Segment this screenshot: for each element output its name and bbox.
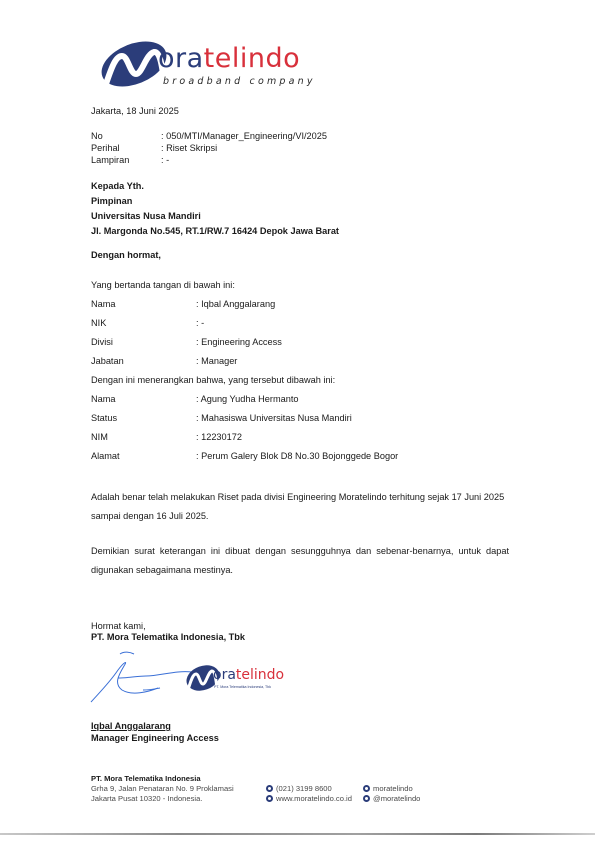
footer-instagram[interactable]: @moratelindo (363, 794, 420, 804)
recipient-salutation: Kepada Yth. (91, 181, 144, 192)
signer-title: Manager Engineering Access (91, 733, 219, 744)
recipient-address: Jl. Margonda No.545, RT.1/RW.7 16424 Dep… (91, 226, 339, 237)
footer-company: PT. Mora Telematika Indonesia (91, 774, 201, 784)
globe-icon (266, 795, 273, 802)
letter-date: Jakarta, 18 Juni 2025 (91, 106, 179, 117)
recipient-institution: Universitas Nusa Mandiri (91, 211, 201, 222)
footer-address-line-1: Grha 9, Jalan Penataran No. 9 Proklamasi (91, 784, 234, 794)
footer-address-line-2: Jakarta Pusat 10320 - Indonesia. (91, 794, 202, 804)
closing-regards: Hormat kami, (91, 621, 146, 632)
closing-company: PT. Mora Telematika Indonesia, Tbk (91, 632, 245, 643)
recipient-position: Pimpinan (91, 196, 132, 207)
subject-intro: Dengan ini menerangkan bahwa, yang terse… (91, 375, 335, 386)
scan-edge-divider (0, 833, 595, 835)
signer-name: Iqbal Anggalarang (91, 721, 171, 732)
stamp-subtitle: PT. Mora Telematika Indonesia, Tbk (214, 685, 271, 689)
instagram-icon (363, 795, 370, 802)
body-paragraph-1-line-1: Adalah benar telah melakukan Riset pada … (91, 492, 504, 503)
footer-facebook[interactable]: moratelindo (363, 784, 413, 794)
body-paragraph-2-line-1: Demikian surat keterangan ini dibuat den… (91, 546, 509, 557)
footer-phone: (021) 3199 8600 (266, 784, 332, 794)
company-stamp: oratelindo PT. Mora Telematika Indonesia… (183, 658, 303, 698)
body-paragraph-2-line-2: digunakan sebagaimana mestinya. (91, 565, 233, 576)
logo-wordmark: Moraoratelindo (158, 44, 300, 74)
greeting: Dengan hormat, (91, 250, 161, 261)
signer-intro: Yang bertanda tangan di bawah ini: (91, 280, 235, 291)
company-logo: Moraoratelindo broadband company (98, 36, 328, 92)
stamp-wordmark: oratelindo (213, 667, 284, 683)
body-paragraph-1-line-2: sampai dengan 16 Juli 2025. (91, 511, 208, 522)
phone-icon (266, 785, 273, 792)
footer-website[interactable]: www.moratelindo.co.id (266, 794, 352, 804)
logo-tagline: broadband company (163, 76, 316, 87)
facebook-icon (363, 785, 370, 792)
